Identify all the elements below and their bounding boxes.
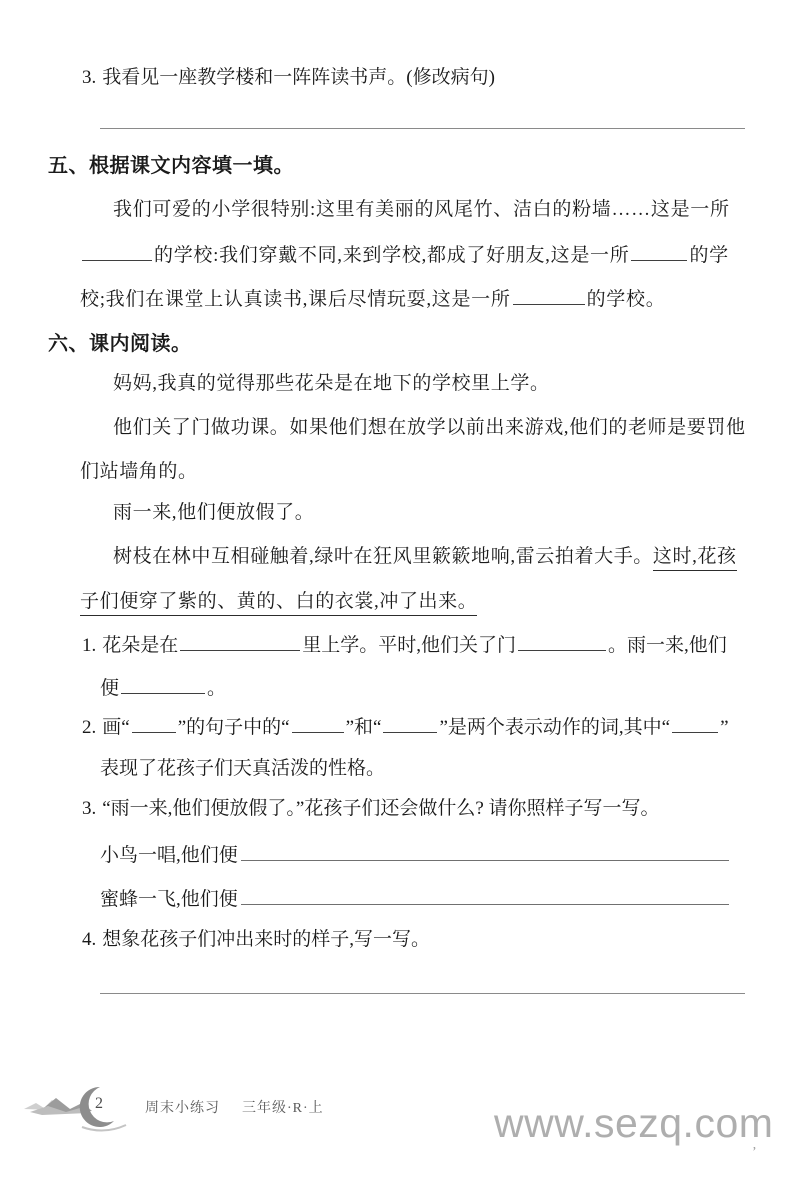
blank-line <box>82 240 152 261</box>
watermark-text: www.sezq.com <box>494 1100 773 1147</box>
item-number: 3. <box>82 64 96 92</box>
question-2-line-1: 2.画“”的句子中的“”和“”是两个表示动作的词,其中“” <box>82 712 729 740</box>
answer-rule-line <box>100 993 745 994</box>
answer-fill-line <box>241 884 729 905</box>
blank-line <box>672 712 718 733</box>
section-5-line-2: 的学校:我们穿戴不同,来到学校,都成了好朋友,这是一所的学 <box>80 240 729 268</box>
blank-line <box>132 712 176 733</box>
q1-seg-1: 花朵是在 <box>102 635 178 656</box>
blank-line <box>631 240 687 261</box>
reading-para-3: 雨一来,他们便放假了。 <box>113 499 314 527</box>
section-5-line-1: 我们可爱的小学很特别:这里有美丽的风尾竹、洁白的粉墙……这是一所 <box>113 196 730 224</box>
q1-seg-3: 。雨一来,他们 <box>608 635 727 656</box>
question-2-line-2: 表现了花孩子们天真活泼的性格。 <box>100 755 385 783</box>
q3-example-1-text: 小鸟一唱,他们便 <box>100 845 238 866</box>
question-4-line: 4.想象花孩子们冲出来时的样子,写一写。 <box>82 926 430 954</box>
question-1-line-2: 便。 <box>100 673 226 701</box>
grade-edition: 三年级·R·上 <box>242 1101 324 1116</box>
footer-ornament <box>22 1083 147 1140</box>
para-4-normal-text: 树枝在林中互相碰触着,绿叶在狂风里簌簌地响,雷云拍着大手。 <box>113 546 653 567</box>
section-5-line-3-tail: 的学校。 <box>587 289 666 310</box>
section-5-heading: 五、根据课文内容填一填。 <box>48 152 294 180</box>
reading-para-4-line-2: 子们便穿了紫的、黄的、白的衣裳,冲了出来。 <box>80 588 477 616</box>
q3-text: “雨一来,他们便放假了。”花孩子们还会做什么? 请你照样子写一写。 <box>102 798 659 819</box>
question-1-line-1: 1.花朵是在里上学。平时,他们关了门。雨一来,他们 <box>82 630 727 658</box>
section-5-line-2-tail: 的学 <box>689 245 728 266</box>
mountain-moon-icon <box>22 1083 147 1135</box>
stray-mark: ’ <box>752 1145 757 1161</box>
item-text: 我看见一座教学楼和一阵阵读书声。(修改病句) <box>102 67 495 88</box>
question-1-number: 1. <box>82 632 96 660</box>
question-3-line: 3.“雨一来,他们便放假了。”花孩子们还会做什么? 请你照样子写一写。 <box>82 795 660 823</box>
answer-fill-line <box>241 840 729 861</box>
q2-seg-3: ”和“ <box>346 717 382 738</box>
section-6-heading: 六、课内阅读。 <box>48 330 192 358</box>
q2-seg-2: ”的句子中的“ <box>178 717 290 738</box>
fix-sentence-item: 3.我看见一座教学楼和一阵阵读书声。(修改病句) <box>82 64 495 92</box>
q3-example-2-text: 蜜蜂一飞,他们便 <box>100 889 238 910</box>
q1-cont-1: 便 <box>100 678 119 699</box>
q2-seg-1: 画“ <box>102 717 129 738</box>
q2-seg-5: ” <box>720 717 728 738</box>
para-4-underlined-end: 子们便穿了紫的、黄的、白的衣裳,冲了出来。 <box>80 591 477 616</box>
blank-line <box>121 673 205 694</box>
blank-line <box>513 284 585 305</box>
section-5-line-3-text: 校;我们在课堂上认真读书,课后尽情玩耍,这是一所 <box>80 289 511 310</box>
reading-para-2-line-1: 他们关了门做功课。如果他们想在放学以前出来游戏,他们的老师是要罚他 <box>113 414 746 442</box>
q1-seg-2: 里上学。平时,他们关了门 <box>302 635 516 656</box>
reading-para-2-line-2: 们站墙角的。 <box>80 458 198 486</box>
worksheet-page: 3.我看见一座教学楼和一阵阵读书声。(修改病句) 五、根据课文内容填一填。 我们… <box>0 0 800 1179</box>
reading-para-1: 妈妈,我真的觉得那些花朵是在地下的学校里上学。 <box>113 370 550 398</box>
para-4-underlined-start: 这时,花孩 <box>653 546 737 571</box>
blank-line <box>383 712 437 733</box>
section-5-line-2-text: 的学校:我们穿戴不同,来到学校,都成了好朋友,这是一所 <box>154 245 629 266</box>
q1-cont-2: 。 <box>207 678 226 699</box>
blank-line <box>292 712 344 733</box>
footer-label: 周末小练习三年级·R·上 <box>145 1098 324 1120</box>
question-3-example-2: 蜜蜂一飞,他们便 <box>100 884 729 912</box>
blank-line <box>518 630 606 651</box>
section-5-line-3: 校;我们在课堂上认真读书,课后尽情玩耍,这是一所的学校。 <box>80 284 665 312</box>
book-title: 周末小练习 <box>145 1101 220 1116</box>
blank-line <box>180 630 300 651</box>
question-4-number: 4. <box>82 926 96 954</box>
question-2-number: 2. <box>82 714 96 742</box>
reading-para-4-line-1: 树枝在林中互相碰触着,绿叶在狂风里簌簌地响,雷云拍着大手。这时,花孩 <box>113 543 737 571</box>
q4-text: 想象花孩子们冲出来时的样子,写一写。 <box>102 929 430 950</box>
q2-seg-4: ”是两个表示动作的词,其中“ <box>439 717 670 738</box>
answer-rule-line <box>100 128 745 129</box>
question-3-example-1: 小鸟一唱,他们便 <box>100 840 729 868</box>
page-number: 2 <box>90 1095 108 1113</box>
question-3-number: 3. <box>82 795 96 823</box>
